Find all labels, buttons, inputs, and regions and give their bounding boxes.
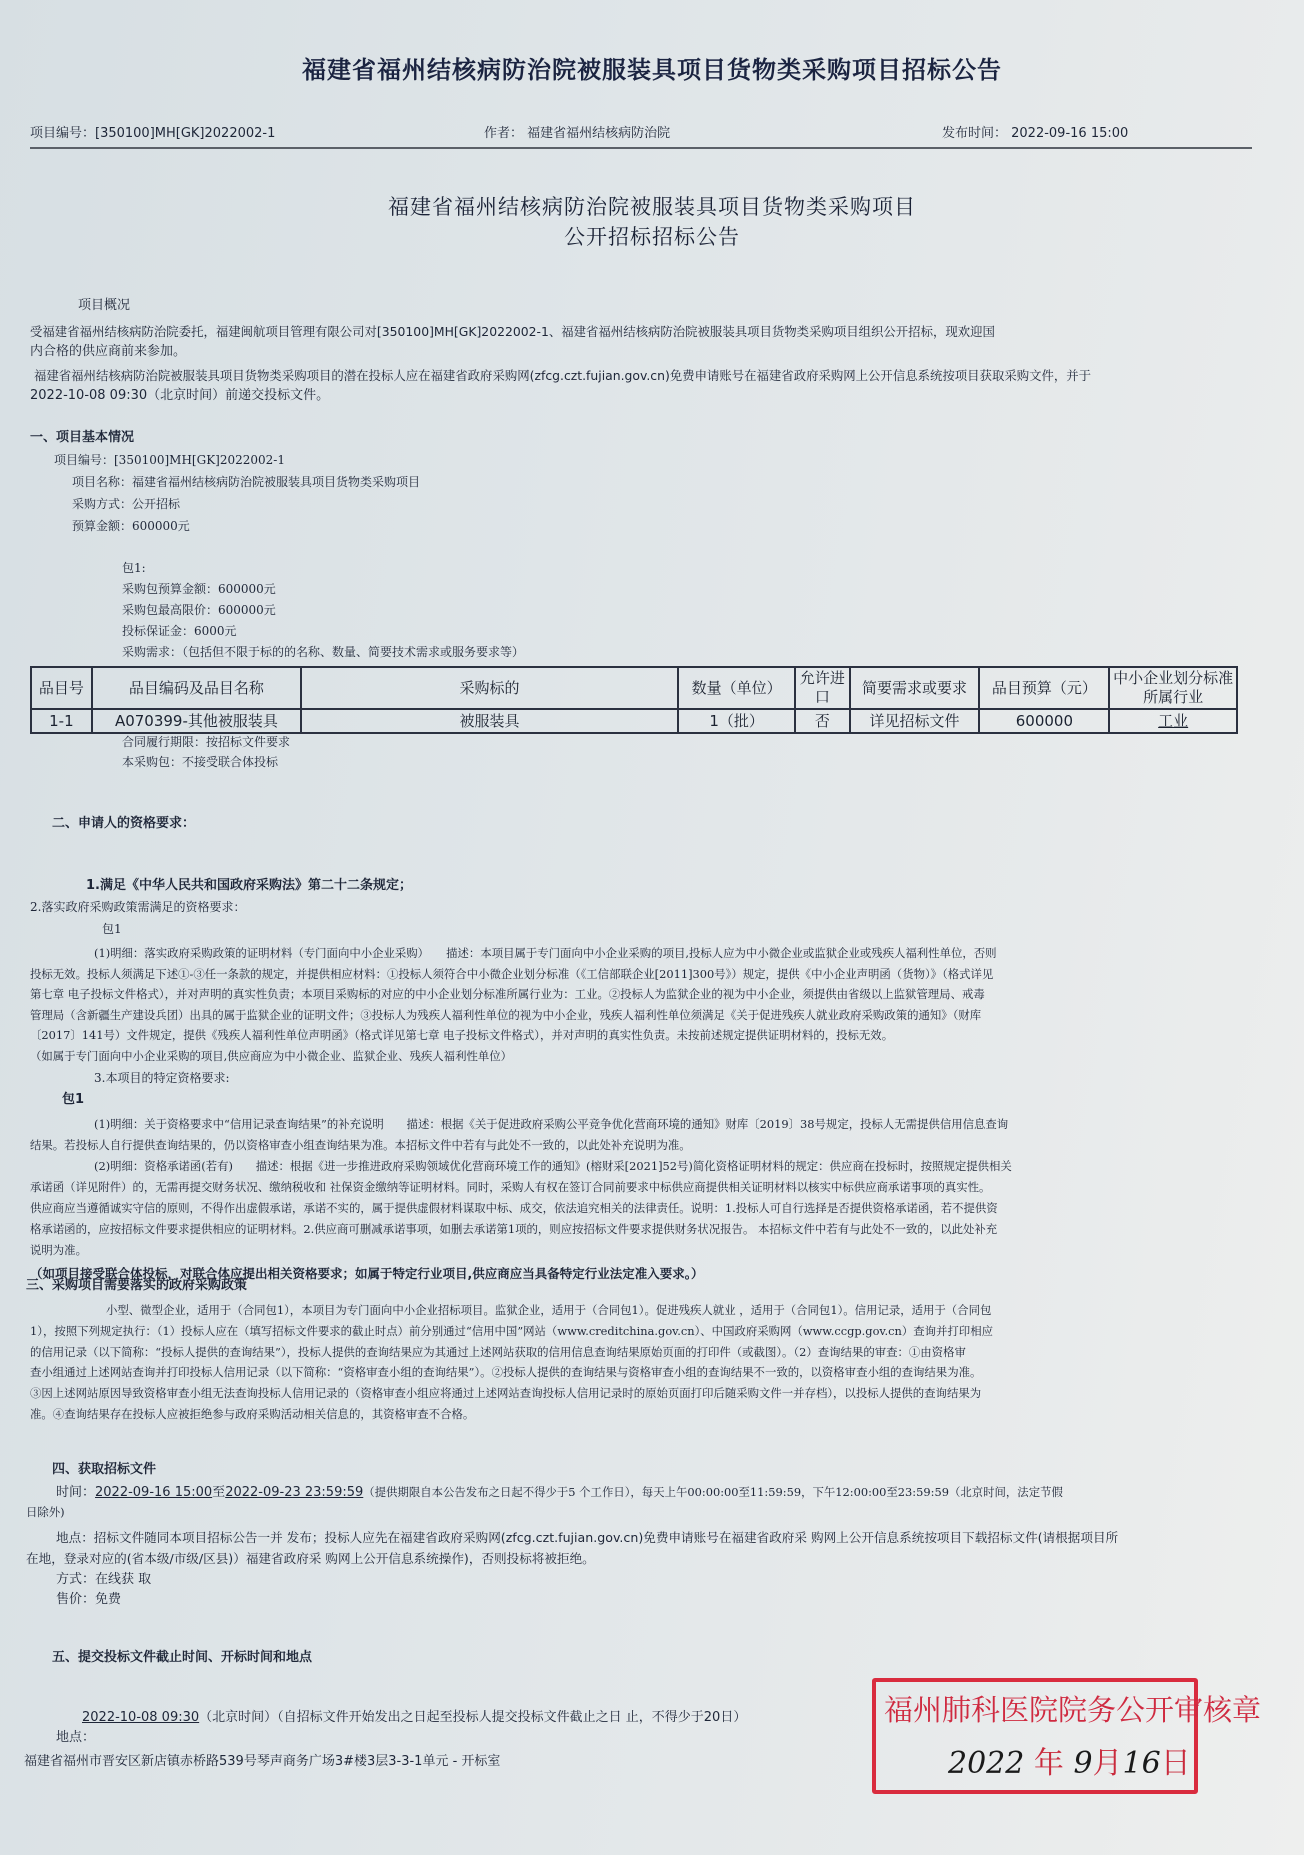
- overview-para1a: 受福建省福州结核病防治院委托，福建闽航项目管理有限公司对[350100]MH[G…: [30, 322, 1270, 342]
- col-header: 中小企业划分标准所属行业: [1109, 667, 1237, 709]
- header-publish-time: 发布时间： 2022-09-16 15:00: [942, 122, 1128, 141]
- s1-deposit: 投标保证金：6000元: [122, 621, 237, 641]
- col-header: 采购标的: [301, 667, 678, 709]
- stamp-day: 16: [1123, 1746, 1161, 1781]
- approval-stamp: 福州肺科医院院务公开审核章 2022 年 9月16日: [872, 1678, 1198, 1794]
- table-cell: 600000: [979, 709, 1109, 733]
- s1-project-name: 项目名称：福建省福州结核病防治院被服装具项目货物类采购项目: [72, 472, 420, 492]
- s4-place1: 地点：招标文件随同本项目招标公告一并 发布；投标人应先在福建省政府采购网(zfc…: [56, 1528, 1118, 1548]
- s2-detail3: (2)明细：资格承诺函(若有) 描述：根据《进一步推进政府采购领域优化营商环境工…: [30, 1156, 1250, 1261]
- doc-title-line2: 公开招标招标公告: [0, 222, 1304, 252]
- col-header: 品目预算（元）: [979, 667, 1109, 709]
- s2-detail2: (1)明细：关于资格要求中“信用记录查询结果”的补充说明 描述：根据《关于促进政…: [30, 1114, 1250, 1156]
- header-divider: [30, 147, 1252, 149]
- col-header: 数量（单位）: [678, 667, 795, 709]
- table-row: 1-1 A070399-其他被服装具 被服装具 1（批） 否 详见招标文件 60…: [31, 709, 1237, 733]
- items-table: 品目号 品目编码及品目名称 采购标的 数量（单位） 允许进口 简要需求或要求 品…: [30, 666, 1238, 734]
- s4-time: 时间：2022-09-16 15:00至2022-09-23 23:59:59（…: [56, 1482, 1063, 1503]
- s2-item1: 1.满足《中华人民共和国政府采购法》第二十二条规定；: [86, 876, 412, 896]
- section2-heading: 二、申请人的资格要求：: [52, 814, 195, 834]
- table-cell: 被服装具: [301, 709, 678, 733]
- col-header: 品目编码及品目名称: [92, 667, 301, 709]
- s5-place-label: 地点：: [56, 1728, 95, 1748]
- doc-title-line1: 福建省福州结核病防治院被服装具项目货物类采购项目: [0, 192, 1304, 222]
- s5-address: 福建省福州市晋安区新店镇赤桥路539号琴声商务广场3#楼3层3-3-1单元 - …: [24, 1752, 500, 1772]
- table-cell: A070399-其他被服装具: [92, 709, 301, 733]
- s1-needs: 采购需求：（包括但不限于标的的名称、数量、简要技术需求或服务要求等）: [122, 642, 524, 662]
- s2-pkg1b: 包1: [62, 1090, 84, 1110]
- time-start: 2022-09-16 15:00: [95, 1485, 212, 1500]
- table-cell: 1-1: [31, 709, 92, 733]
- s4-method: 方式：在线获 取: [56, 1570, 151, 1590]
- col-header: 品目号: [31, 667, 92, 709]
- s1-budget: 预算金额：600000元: [72, 516, 190, 536]
- s1-pkg-budget: 采购包预算金额：600000元: [122, 579, 276, 599]
- time-end: 2022-09-23 23:59:59: [225, 1485, 363, 1500]
- table-cell: 否: [795, 709, 849, 733]
- header-author: 作者： 福建省福州结核病防治院: [484, 122, 670, 141]
- s4-price: 售价：免费: [56, 1590, 121, 1610]
- s3-body: 小型、微型企业，适用于（合同包1），本项目为专门面向中小企业招标项目。监狱企业，…: [30, 1300, 1250, 1425]
- s1-method: 采购方式：公开招标: [72, 494, 180, 514]
- col-header: 允许进口: [795, 667, 849, 709]
- section1-heading: 一、项目基本情况: [30, 428, 134, 448]
- s4-time-rest2: 日除外): [26, 1502, 65, 1522]
- s2-pkg1: 包1: [102, 919, 122, 939]
- table-cell: 详见招标文件: [850, 709, 980, 733]
- overview-para1b: 内合格的供应商前来参加。: [30, 342, 186, 362]
- s2-detail1: (1)明细：落实政府采购政策的证明材料（专门面向中小企业采购） 描述：本项目属于…: [30, 943, 1250, 1066]
- header-project-no: 项目编号：[350100]MH[GK]2022002-1: [30, 122, 275, 141]
- s5-deadline: 2022-10-08 09:30（北京时间）（自招标文件开始发出之日起至投标人提…: [82, 1708, 746, 1728]
- s1-consortium: 本采购包：不接受联合体投标: [122, 752, 278, 772]
- s4-place2: 在地，登录对应的(省本级/市级/区县)）福建省政府采 购网上公开信息系统操作)，…: [26, 1549, 595, 1569]
- col-header: 简要需求或要求: [850, 667, 980, 709]
- s1-project-no: 项目编号：[350100]MH[GK]2022002-1: [54, 450, 285, 470]
- section5-heading: 五、提交投标文件截止时间、开标时间和地点: [52, 1648, 312, 1668]
- overview-para2a: 福建省福州结核病防治院被服装具项目货物类采购项目的潜在投标人应在福建省政府采购网…: [34, 366, 1091, 386]
- overview-para2b: 2022-10-08 09:30（北京时间）前递交投标文件。: [30, 386, 329, 406]
- table-cell: 工业: [1109, 709, 1237, 733]
- section4-heading: 四、获取招标文件: [52, 1460, 156, 1480]
- stamp-date: 2022 年 9月16日: [948, 1738, 1191, 1782]
- stamp-month: 9: [1073, 1746, 1092, 1781]
- page-title: 福建省福州结核病防治院被服装具项目货物类采购项目招标公告: [0, 50, 1304, 85]
- table-header-row: 品目号 品目编码及品目名称 采购标的 数量（单位） 允许进口 简要需求或要求 品…: [31, 667, 1237, 709]
- table-cell: 1（批）: [678, 709, 795, 733]
- s2-item2: 2.落实政府采购政策需满足的资格要求：: [30, 897, 245, 917]
- stamp-year: 2022: [948, 1746, 1024, 1781]
- overview-heading: 项目概况: [78, 296, 130, 316]
- section3-heading: 三、采购项目需要落实的政府采购政策: [26, 1276, 247, 1296]
- s1-contract-period: 合同履行期限：按招标文件要求: [122, 732, 290, 752]
- s1-package: 包1:: [122, 558, 146, 578]
- s2-item3: 3.本项目的特定资格要求:: [94, 1068, 230, 1088]
- stamp-title: 福州肺科医院院务公开审核章: [884, 1688, 1261, 1729]
- s1-pkg-max: 采购包最高限价：600000元: [122, 600, 276, 620]
